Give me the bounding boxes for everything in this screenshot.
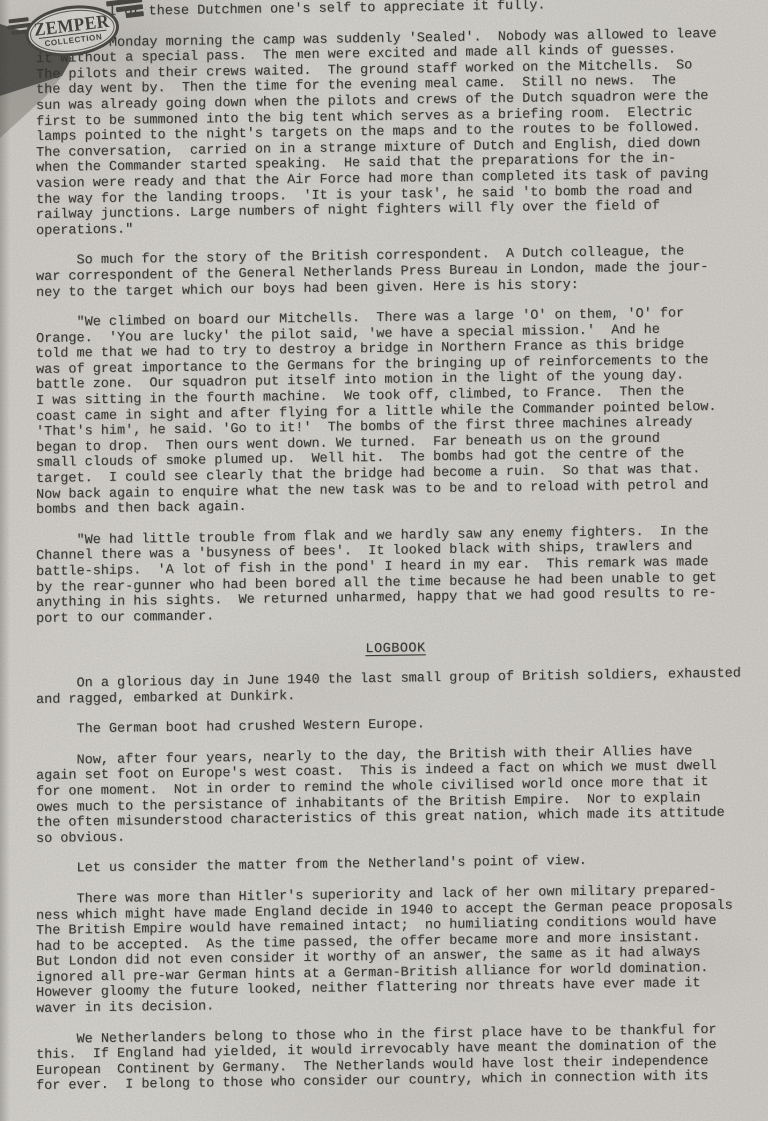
paragraph-we-netherlanders: We Netherlanders belong to those who in … (36, 1022, 755, 1095)
logbook-heading: LOGBOOK (36, 637, 755, 663)
paragraph-little-trouble: "We had little trouble from flak and we … (36, 523, 755, 627)
paragraph-so-much: So much for the story of the British cor… (36, 244, 755, 301)
left-page-edge-shading (0, 0, 10, 1121)
paragraph-four-years: Now, after four years, nearly to the day… (36, 743, 755, 847)
paragraph-monday-morning: "On Monday morning the camp was suddenly… (36, 26, 755, 239)
paragraph-we-climbed: "We climbed on board our Mitchells. Ther… (36, 305, 755, 518)
paragraph-hitler-superiority: There was more than Hitler's superiority… (36, 882, 755, 1017)
document-text-block: l of these Dutchmen one's self to apprec… (36, 0, 755, 1110)
paragraph-netherlands-view: Let us consider the matter from the Neth… (36, 852, 755, 878)
paragraph-glorious-day: On a glorious day in June 1940 the last … (36, 666, 755, 708)
paragraph-german-boot: The German boot had crushed Western Euro… (36, 712, 755, 738)
scanned-document-page: l of these Dutchmen one's self to apprec… (0, 0, 768, 1121)
